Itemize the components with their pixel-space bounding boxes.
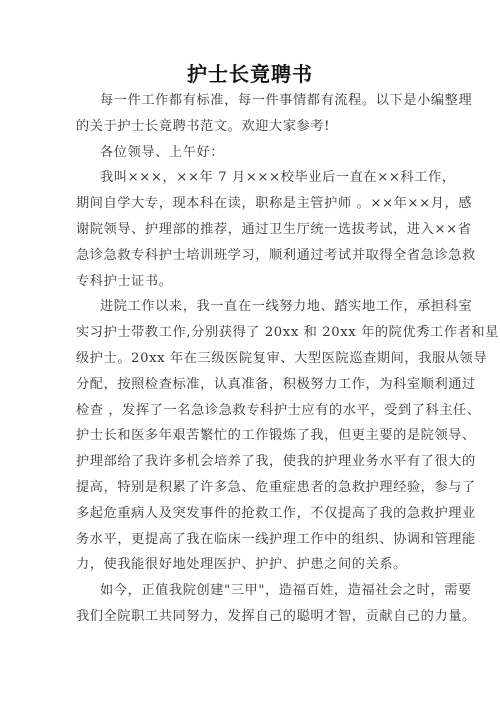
- text-line: 专科护士证书。: [76, 269, 422, 295]
- text-line: 的关于护士长竟聘书范文。欢迎大家参考!: [76, 114, 422, 140]
- text-line: 护士长和医多年艰苦繁忙的工作锻炼了我，但更主要的是院领导、: [76, 423, 422, 449]
- text-line: 分配，按照检查标准，认真准备，积极努力工作，为科室顺利通过: [76, 372, 422, 398]
- paragraph-intro: 每一件工作都有标准，每一件事情都有流程。以下是小编整理 的关于护士长竟聘书范文。…: [76, 88, 422, 140]
- text-line: 我叫×××，××年 7 月×××校毕业后一直在××科工作，: [76, 165, 422, 191]
- paragraph-work-experience: 进院工作以来，我一直在一线努力地、踏实地工作，承担科室 实习护士带教工作,分别获…: [76, 294, 422, 578]
- text-line: 我们全院职工共同努力，发挥自己的聪明才智，贡献自己的力量。: [76, 604, 422, 630]
- paragraph-self-introduction: 我叫×××，××年 7 月×××校毕业后一直在××科工作， 期间自学大专，现本科…: [76, 165, 422, 294]
- text-line: 级护士。20xx 年在三级医院复审、大型医院巡查期间，我服从领导: [76, 346, 422, 372]
- text-line: 多起危重病人及突发事件的抢救工作，不仅提高了我的急救护理业: [76, 501, 422, 527]
- text-line: 期间自学大专，现本科在读，职称是主管护师 。××年××月，感: [76, 191, 422, 217]
- text-line: 护理部给了我许多机会培养了我，使我的护理业务水平有了很大的: [76, 449, 422, 475]
- text-line: 检查 ，发挥了一名急诊急救专科护士应有的水平，受到了科主任、: [76, 398, 422, 424]
- text-line: 提高，特别是积累了许多急、危重症患者的急救护理经验，参与了: [76, 475, 422, 501]
- text-line: 务水平，更提高了我在临床一线护理工作中的组织、协调和管理能: [76, 527, 422, 553]
- document-page: 护士长竟聘书 每一件工作都有标准，每一件事情都有流程。以下是小编整理 的关于护士…: [0, 0, 500, 708]
- text-line: 实习护士带教工作,分别获得了 20xx 和 20xx 年的院优秀工作者和星: [76, 320, 422, 346]
- text-line: 进院工作以来，我一直在一线努力地、踏实地工作，承担科室: [76, 294, 422, 320]
- text-line: 每一件工作都有标准，每一件事情都有流程。以下是小编整理: [76, 88, 422, 114]
- paragraph-greeting: 各位领导、上午好：: [76, 140, 422, 166]
- text-line: 各位领导、上午好：: [76, 140, 422, 166]
- text-line: 急诊急救专科护士培训班学习，顺利通过考试并取得全省急诊急救: [76, 243, 422, 269]
- paragraph-closing: 如今，正值我院创建"三甲"，造福百姓，造福社会之时，需要 我们全院职工共同努力，…: [76, 578, 422, 630]
- text-line: 力，使我能很好地处理医护、护护、护患之间的关系。: [76, 552, 422, 578]
- document-title: 护士长竟聘书: [0, 60, 500, 88]
- document-body: 每一件工作都有标准，每一件事情都有流程。以下是小编整理 的关于护士长竟聘书范文。…: [76, 88, 422, 630]
- text-line: 如今，正值我院创建"三甲"，造福百姓，造福社会之时，需要: [76, 578, 422, 604]
- text-line: 谢院领导、护理部的推荐，通过卫生厅统一选拔考试，进入××省: [76, 217, 422, 243]
